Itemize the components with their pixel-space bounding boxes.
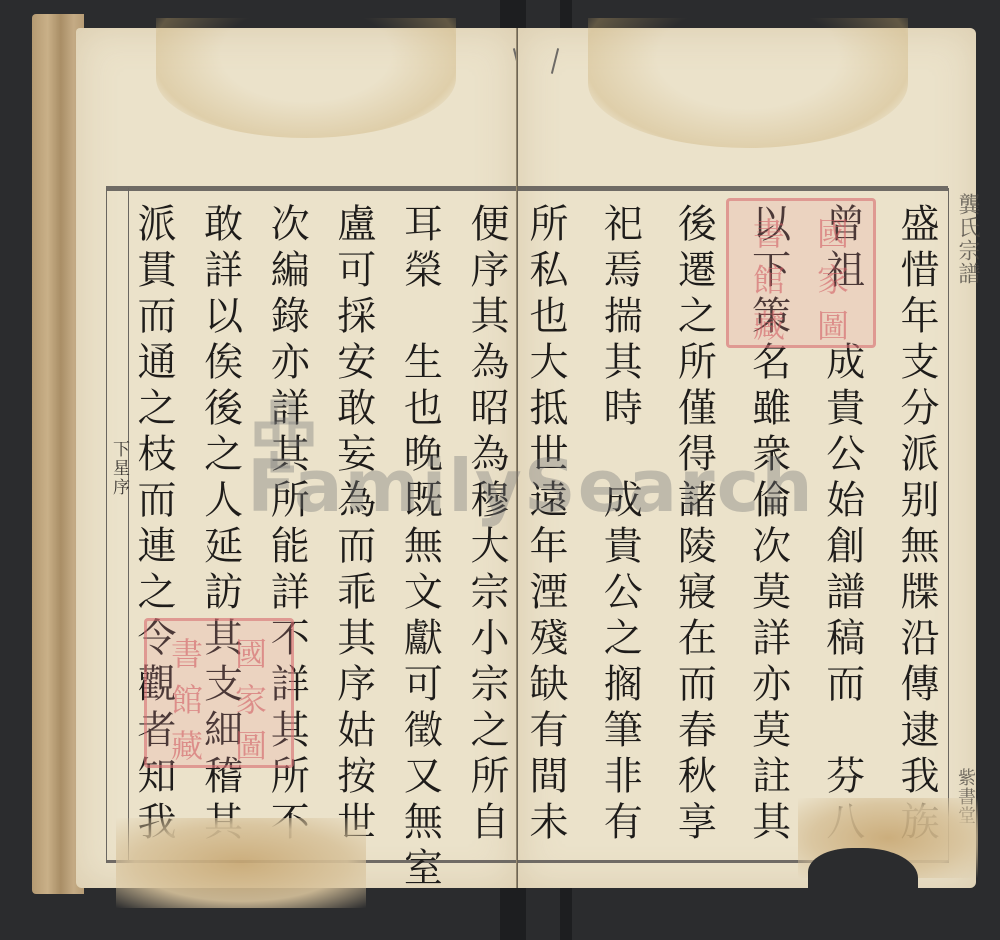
staple-mark bbox=[551, 48, 559, 74]
seal-glyph: 藏 bbox=[753, 301, 785, 347]
seal-glyph: 家 bbox=[817, 255, 849, 301]
seal-glyph: 國 bbox=[235, 629, 267, 675]
seal-glyph: 圖 bbox=[235, 721, 267, 767]
seal-glyph: 書 bbox=[171, 629, 203, 675]
water-stain bbox=[588, 18, 908, 148]
right-page: 龔氏宗譜 紫書堂 盛惜年支分派别無牒沿傳逮我族 曾祖 成貴公始創譜稿而 芬八 以… bbox=[518, 28, 976, 888]
text-column: 便序其為昭為穆大宗小宗之所自 bbox=[467, 203, 506, 853]
water-stain bbox=[156, 18, 456, 138]
text-column: 後遷之所僅得諸陵寢在而春秋享 bbox=[674, 203, 713, 853]
text-column: 盛惜年支分派别無牒沿傳逮我族 bbox=[897, 203, 936, 853]
text-column: 耳榮 生也晚既無文獻可徵又無室 bbox=[400, 203, 439, 853]
frame-left-rule-inner bbox=[128, 188, 129, 863]
text-column: 所私也大抵世遠年湮殘缺有間未 bbox=[526, 203, 565, 853]
margin-label: 下星序 bbox=[107, 440, 132, 497]
seal-glyph: 圖 bbox=[817, 301, 849, 347]
seal-glyph: 藏 bbox=[171, 721, 203, 767]
red-seal-stamp: 國 家 圖 書 館 藏 bbox=[726, 198, 876, 348]
red-seal-stamp: 國 家 圖 書 館 藏 bbox=[144, 618, 294, 768]
spine-title: 龔氏宗譜 bbox=[952, 193, 983, 285]
paper-damage bbox=[116, 818, 366, 908]
frame-right-rule bbox=[948, 188, 949, 863]
torn-corner bbox=[808, 848, 918, 908]
text-column: 盧可採安敢妄為而乖其序姑按世 bbox=[334, 203, 373, 853]
frame-top-rule bbox=[518, 186, 948, 191]
seal-glyph: 家 bbox=[235, 675, 267, 721]
seal-glyph: 館 bbox=[753, 255, 785, 301]
open-book: 下星序 便序其為昭為穆大宗小宗之所自 耳榮 生也晚既無文獻可徵又無室 盧可採安敢… bbox=[32, 14, 982, 914]
frame-left-rule bbox=[106, 188, 107, 863]
text-column: 祀焉揣其時 成貴公之搁筆非有 bbox=[600, 203, 639, 853]
seal-glyph: 書 bbox=[753, 209, 785, 255]
frame-top-rule bbox=[106, 186, 516, 191]
seal-glyph: 館 bbox=[171, 675, 203, 721]
seal-glyph: 國 bbox=[817, 209, 849, 255]
left-page: 下星序 便序其為昭為穆大宗小宗之所自 耳榮 生也晚既無文獻可徵又無室 盧可採安敢… bbox=[76, 28, 516, 888]
